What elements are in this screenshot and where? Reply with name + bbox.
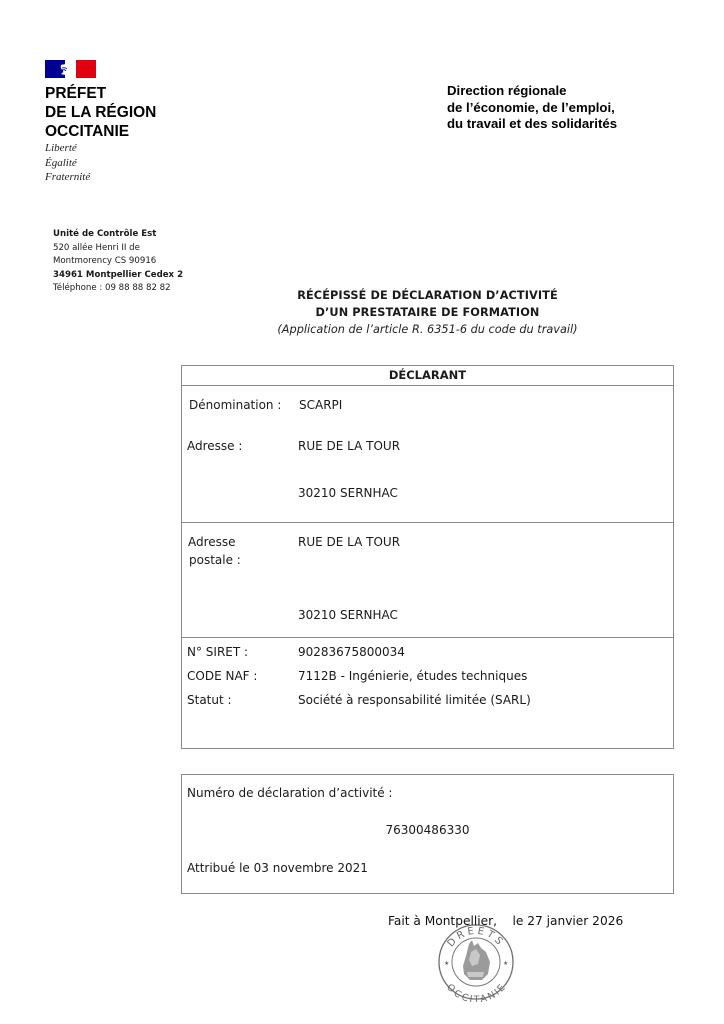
siret-value: 90283675800034 [298,644,405,660]
postal-address-row: Adresse postale : RUE DE LA TOUR 30210 S… [182,522,673,638]
declarant-heading: DÉCLARANT [182,366,673,385]
company-info-row: N° SIRET : 90283675800034 CODE NAF : 711… [182,637,673,749]
signature-text: Fait à Montpellier, le 27 janvier 2026 [388,914,623,928]
marianne-profile-icon [59,63,73,76]
document-title: RÉCÉPISSÉ DE DÉCLARATION D’ACTIVITÉ D’UN… [181,287,674,339]
prefecture-title-line: PRÉFET [45,84,156,103]
motto-line: Liberté [45,141,90,156]
status-value: Société à responsabilité limitée (SARL) [298,692,531,708]
attribution-date: Attribué le 03 novembre 2021 [187,860,368,876]
republic-motto: Liberté Égalité Fraternité [45,141,90,185]
sender-city: 34961 Montpellier Cedex 2 [53,269,183,283]
document-title-line: RÉCÉPISSÉ DE DÉCLARATION D’ACTIVITÉ [181,287,674,304]
naf-value: 7112B - Ingénierie, études techniques [298,668,527,684]
marianne-flag-icon [45,60,96,78]
svg-text:★: ★ [444,960,449,967]
denomination-value: SCARPI [299,397,342,413]
motto-line: Égalité [45,156,90,171]
sender-unit: Unité de Contrôle Est [53,228,183,242]
declaration-number-value: 76300486330 [182,822,673,838]
direction-name: Direction régionale de l’économie, de l’… [447,83,617,133]
prefecture-title: PRÉFET DE LA RÉGION OCCITANIE [45,84,156,141]
direction-line: Direction régionale [447,83,617,100]
document-subtitle: (Application de l’article R. 6351-6 du c… [181,321,674,339]
direction-line: de l’économie, de l’emploi, [447,100,617,117]
declarant-identity-row: Dénomination : SCARPI Adresse : RUE DE L… [182,385,673,523]
address-label: Adresse : [187,438,242,454]
postal-address-line: 30210 SERNHAC [298,607,398,623]
signature-line: Fait à Montpellier, le 27 janvier 2026 [388,914,623,928]
status-label: Statut : [187,692,232,708]
declaration-number-box: Numéro de déclaration d’activité : 76300… [181,774,674,894]
sender-address-line: 520 allée Henri II de [53,242,183,256]
prefecture-title-line: OCCITANIE [45,122,156,141]
declaration-number-label: Numéro de déclaration d’activité : [187,785,392,801]
motto-line: Fraternité [45,170,90,185]
direction-line: du travail et des solidarités [447,116,617,133]
postal-address-line: RUE DE LA TOUR [298,534,400,550]
postal-address-label: Adresse [188,534,236,550]
sender-address-line: Montmorency CS 90916 [53,255,183,269]
sender-address: Unité de Contrôle Est 520 allée Henri II… [53,228,183,296]
svg-text:★: ★ [503,960,508,967]
denomination-label: Dénomination : [189,397,281,413]
naf-label: CODE NAF : [187,668,257,684]
postal-address-label: postale : [189,552,241,568]
official-seal-icon: DREETS OCCITANIE ★ ★ [436,922,516,1002]
address-line: 30210 SERNHAC [298,485,398,501]
document-title-line: D’UN PRESTATAIRE DE FORMATION [181,304,674,321]
declarant-table: DÉCLARANT Dénomination : SCARPI Adresse … [181,365,674,749]
address-line: RUE DE LA TOUR [298,438,400,454]
prefecture-title-line: DE LA RÉGION [45,103,156,122]
sender-phone: Téléphone : 09 88 88 82 82 [53,282,183,296]
siret-label: N° SIRET : [187,644,248,660]
